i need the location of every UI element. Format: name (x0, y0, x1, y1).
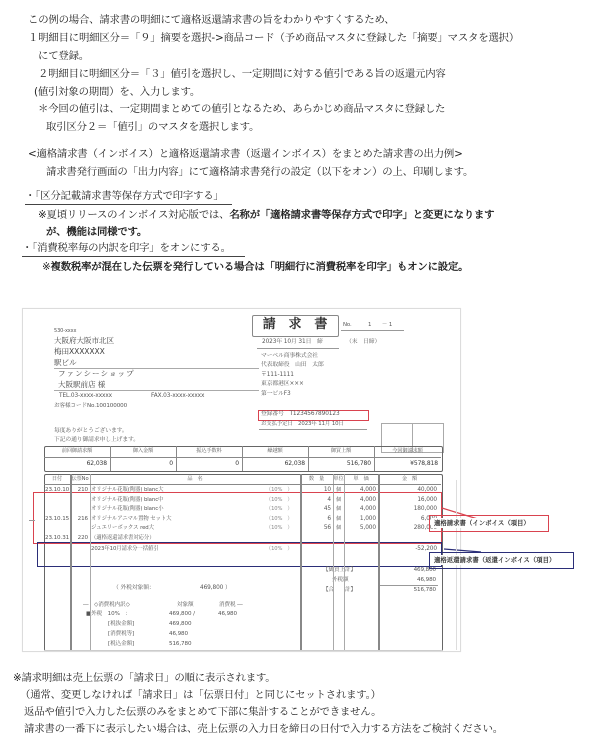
footer-line: （通常、変更しなければ「請求日」は「伝票日付」と同じにセットされます。） (20, 689, 381, 702)
invoice-callout-label: 適格請求書（インボイス（項目） (431, 518, 533, 528)
footer-line: 返品や値引で入力した伝票のみをまとめて下部に集計することができません。 (24, 706, 381, 719)
footer-line: 請求書の一番下に表示したい場合は、売上伝票の入力日を締日の日付で入力する方法をご… (24, 723, 503, 736)
return-callout-label: 適格返還請求書（返還インボイス（項目） (431, 555, 558, 565)
footer-line: ※請求明細は売上伝票の「請求日」の順に表示されます。 (13, 672, 275, 685)
callout-lines (0, 0, 591, 742)
